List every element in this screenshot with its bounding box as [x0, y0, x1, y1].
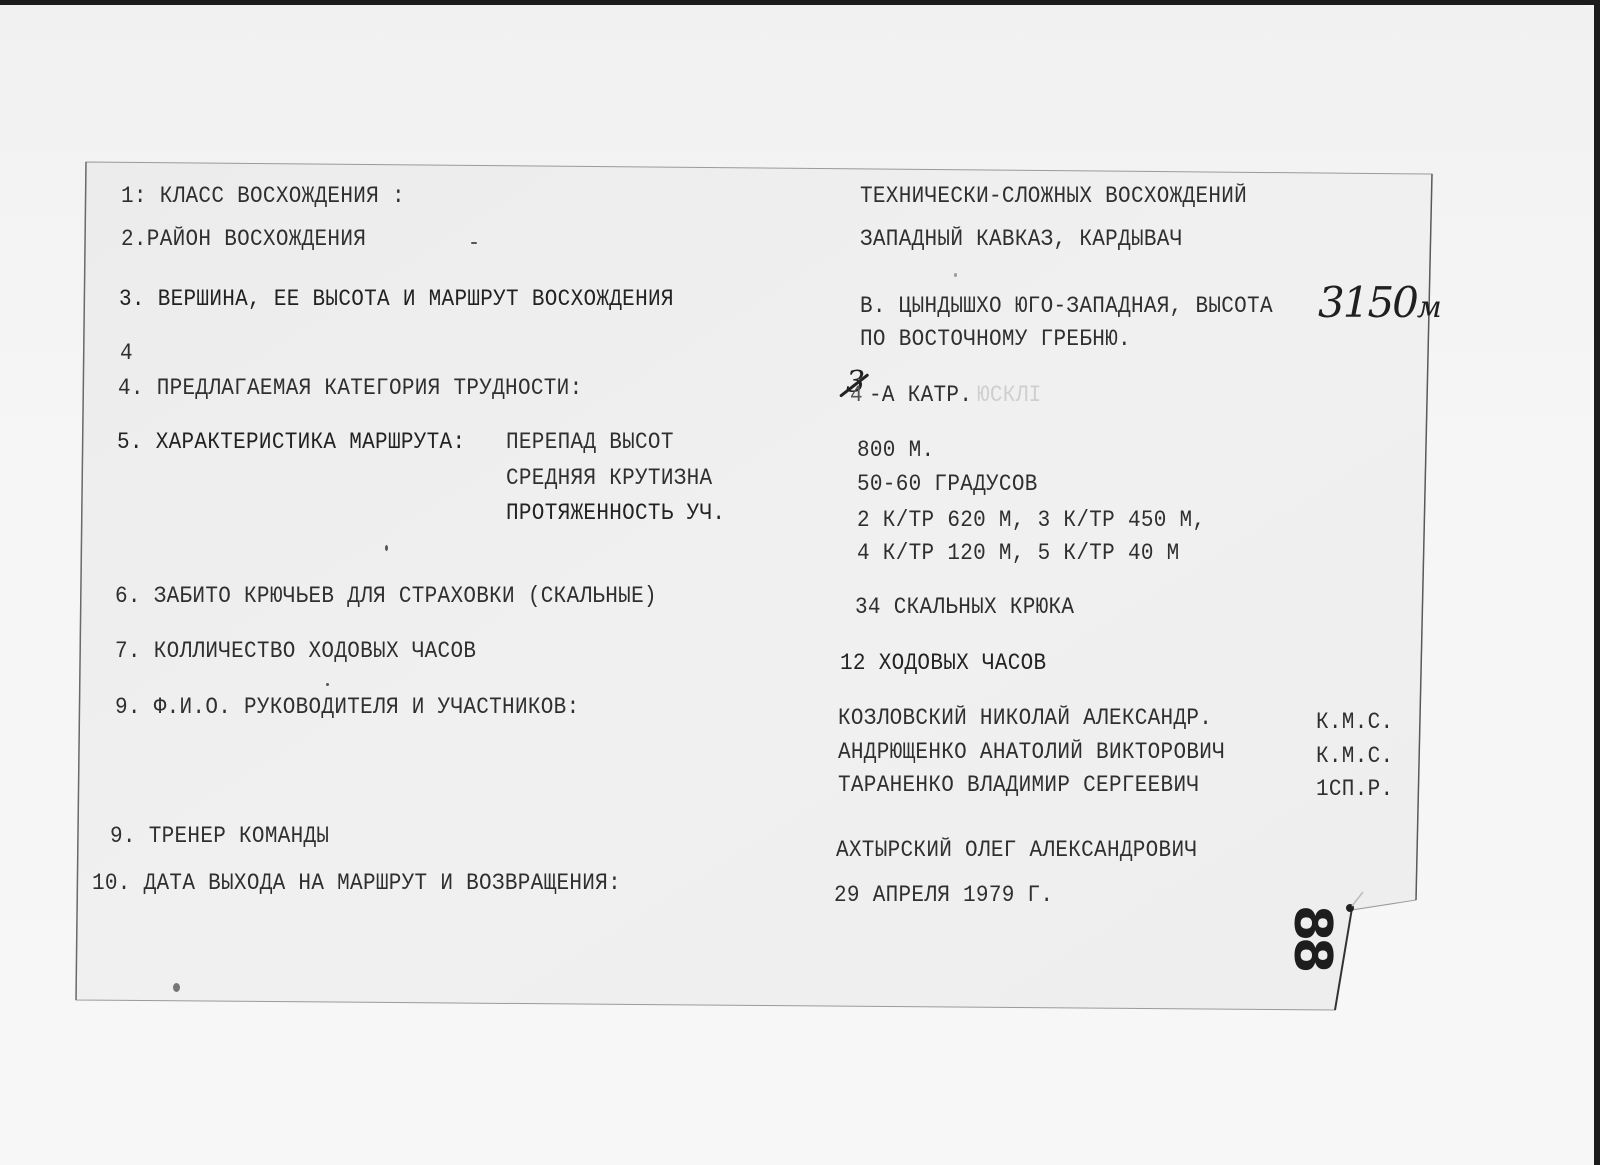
participant-rank-1: К.М.С.	[1316, 712, 1393, 735]
label-difficulty-category: 4. ПРЕДЛАГАЕМАЯ КАТЕГОРИЯ ТРУДНОСТИ:	[118, 378, 582, 401]
value-section-lengths-1: 2 К/ТР 620 М, 3 К/ТР 450 М,	[857, 510, 1205, 533]
handwritten-height-unit: м	[1417, 290, 1440, 325]
scan-speck	[471, 242, 477, 244]
label-route-characteristics: 5. ХАРАКТЕРИСТИКА МАРШРУТА:	[117, 432, 465, 455]
value-summit: В. ЦЫНДЫШХО ЮГО-ЗАПАДНАЯ, ВЫСОТА	[860, 296, 1273, 319]
value-average-steepness: 50-60 ГРАДУСОВ	[857, 474, 1038, 497]
value-team-coach: АХТЫРСКИЙ ОЛЕГ АЛЕКСАНДРОВИЧ	[836, 840, 1197, 863]
participant-name-3: ТАРАНЕНКО ВЛАДИМИР СЕРГЕЕВИЧ	[838, 775, 1199, 798]
value-ascent-class: ТЕХНИЧЕСКИ-СЛОЖНЫХ ВОСХОЖДЕНИЙ	[860, 186, 1247, 209]
label-leader-participants: 9. Ф.И.О. РУКОВОДИТЕЛЯ И УЧАСТНИКОВ:	[115, 697, 579, 720]
value-route: ПО ВОСТОЧНОМУ ГРЕБНЮ.	[860, 329, 1131, 352]
scan-speck	[385, 545, 388, 551]
scan-speck	[326, 683, 329, 686]
faint-overtype-text: ЮСКЛІ	[977, 385, 1042, 408]
report-card-paper: 1: КЛАСС ВОСХОЖДЕНИЯ : 2.РАЙОН ВОСХОЖДЕН…	[0, 0, 1600, 1165]
value-pitons-placed: 34 СКАЛЬНЫХ КРЮКА	[855, 597, 1074, 620]
value-elevation-gain: 800 М.	[857, 440, 934, 463]
sublabel-average-steepness: СРЕДНЯЯ КРУТИЗНА	[506, 468, 712, 491]
label-walking-hours: 7. КОЛЛИЧЕСТВО ХОДОВЫХ ЧАСОВ	[115, 641, 476, 664]
label-ascent-class: 1: КЛАСС ВОСХОЖДЕНИЯ :	[121, 186, 405, 209]
value-walking-hours: 12 ХОДОВЫХ ЧАСОВ	[840, 653, 1046, 676]
participant-rank-2: К.М.С.	[1316, 746, 1393, 769]
sublabel-section-lengths: ПРОТЯЖЕННОСТЬ УЧ.	[506, 503, 725, 526]
value-ascent-region: ЗАПАДНЫЙ КАВКАЗ, КАРДЫВАЧ	[860, 229, 1183, 252]
paper-sheet-shape	[0, 0, 1600, 1165]
label-pitons-placed: 6. ЗАБИТО КРЮЧЬЕВ ДЛЯ СТРАХОВКИ (СКАЛЬНЫ…	[115, 586, 657, 609]
participant-name-2: АНДРЮЩЕНКО АНАТОЛИЙ ВИКТОРОВИЧ	[838, 742, 1225, 765]
label-ascent-region: 2.РАЙОН ВОСХОЖДЕНИЯ	[121, 229, 366, 252]
handwritten-page-number: 88	[1286, 905, 1338, 969]
label-departure-return-date: 10. ДАТА ВЫХОДА НА МАРШРУТ И ВОЗВРАЩЕНИЯ…	[92, 873, 621, 896]
value-departure-date: 29 АПРЕЛЯ 1979 Г.	[834, 885, 1053, 908]
participant-rank-3: 1СП.Р.	[1316, 779, 1393, 802]
sublabel-elevation-gain: ПЕРЕПАД ВЫСОТ	[506, 432, 674, 455]
participant-name-1: КОЗЛОВСКИЙ НИКОЛАЙ АЛЕКСАНДР.	[838, 708, 1212, 731]
scan-speck	[954, 273, 957, 277]
scan-speck	[173, 983, 180, 992]
label-stray-4: 4	[120, 343, 133, 366]
label-summit-route: 3. ВЕРШИНА, ЕЕ ВЫСОТА И МАРШРУТ ВОСХОЖДЕ…	[119, 289, 674, 312]
value-section-lengths-2: 4 К/ТР 120 М, 5 К/ТР 40 М	[857, 543, 1180, 566]
handwritten-height-value: 3150	[1318, 278, 1417, 327]
handwritten-height: 3150м	[1318, 282, 1440, 324]
label-team-coach: 9. ТРЕНЕР КОМАНДЫ	[110, 826, 329, 849]
value-difficulty-category: -А КАТР.	[869, 385, 972, 408]
